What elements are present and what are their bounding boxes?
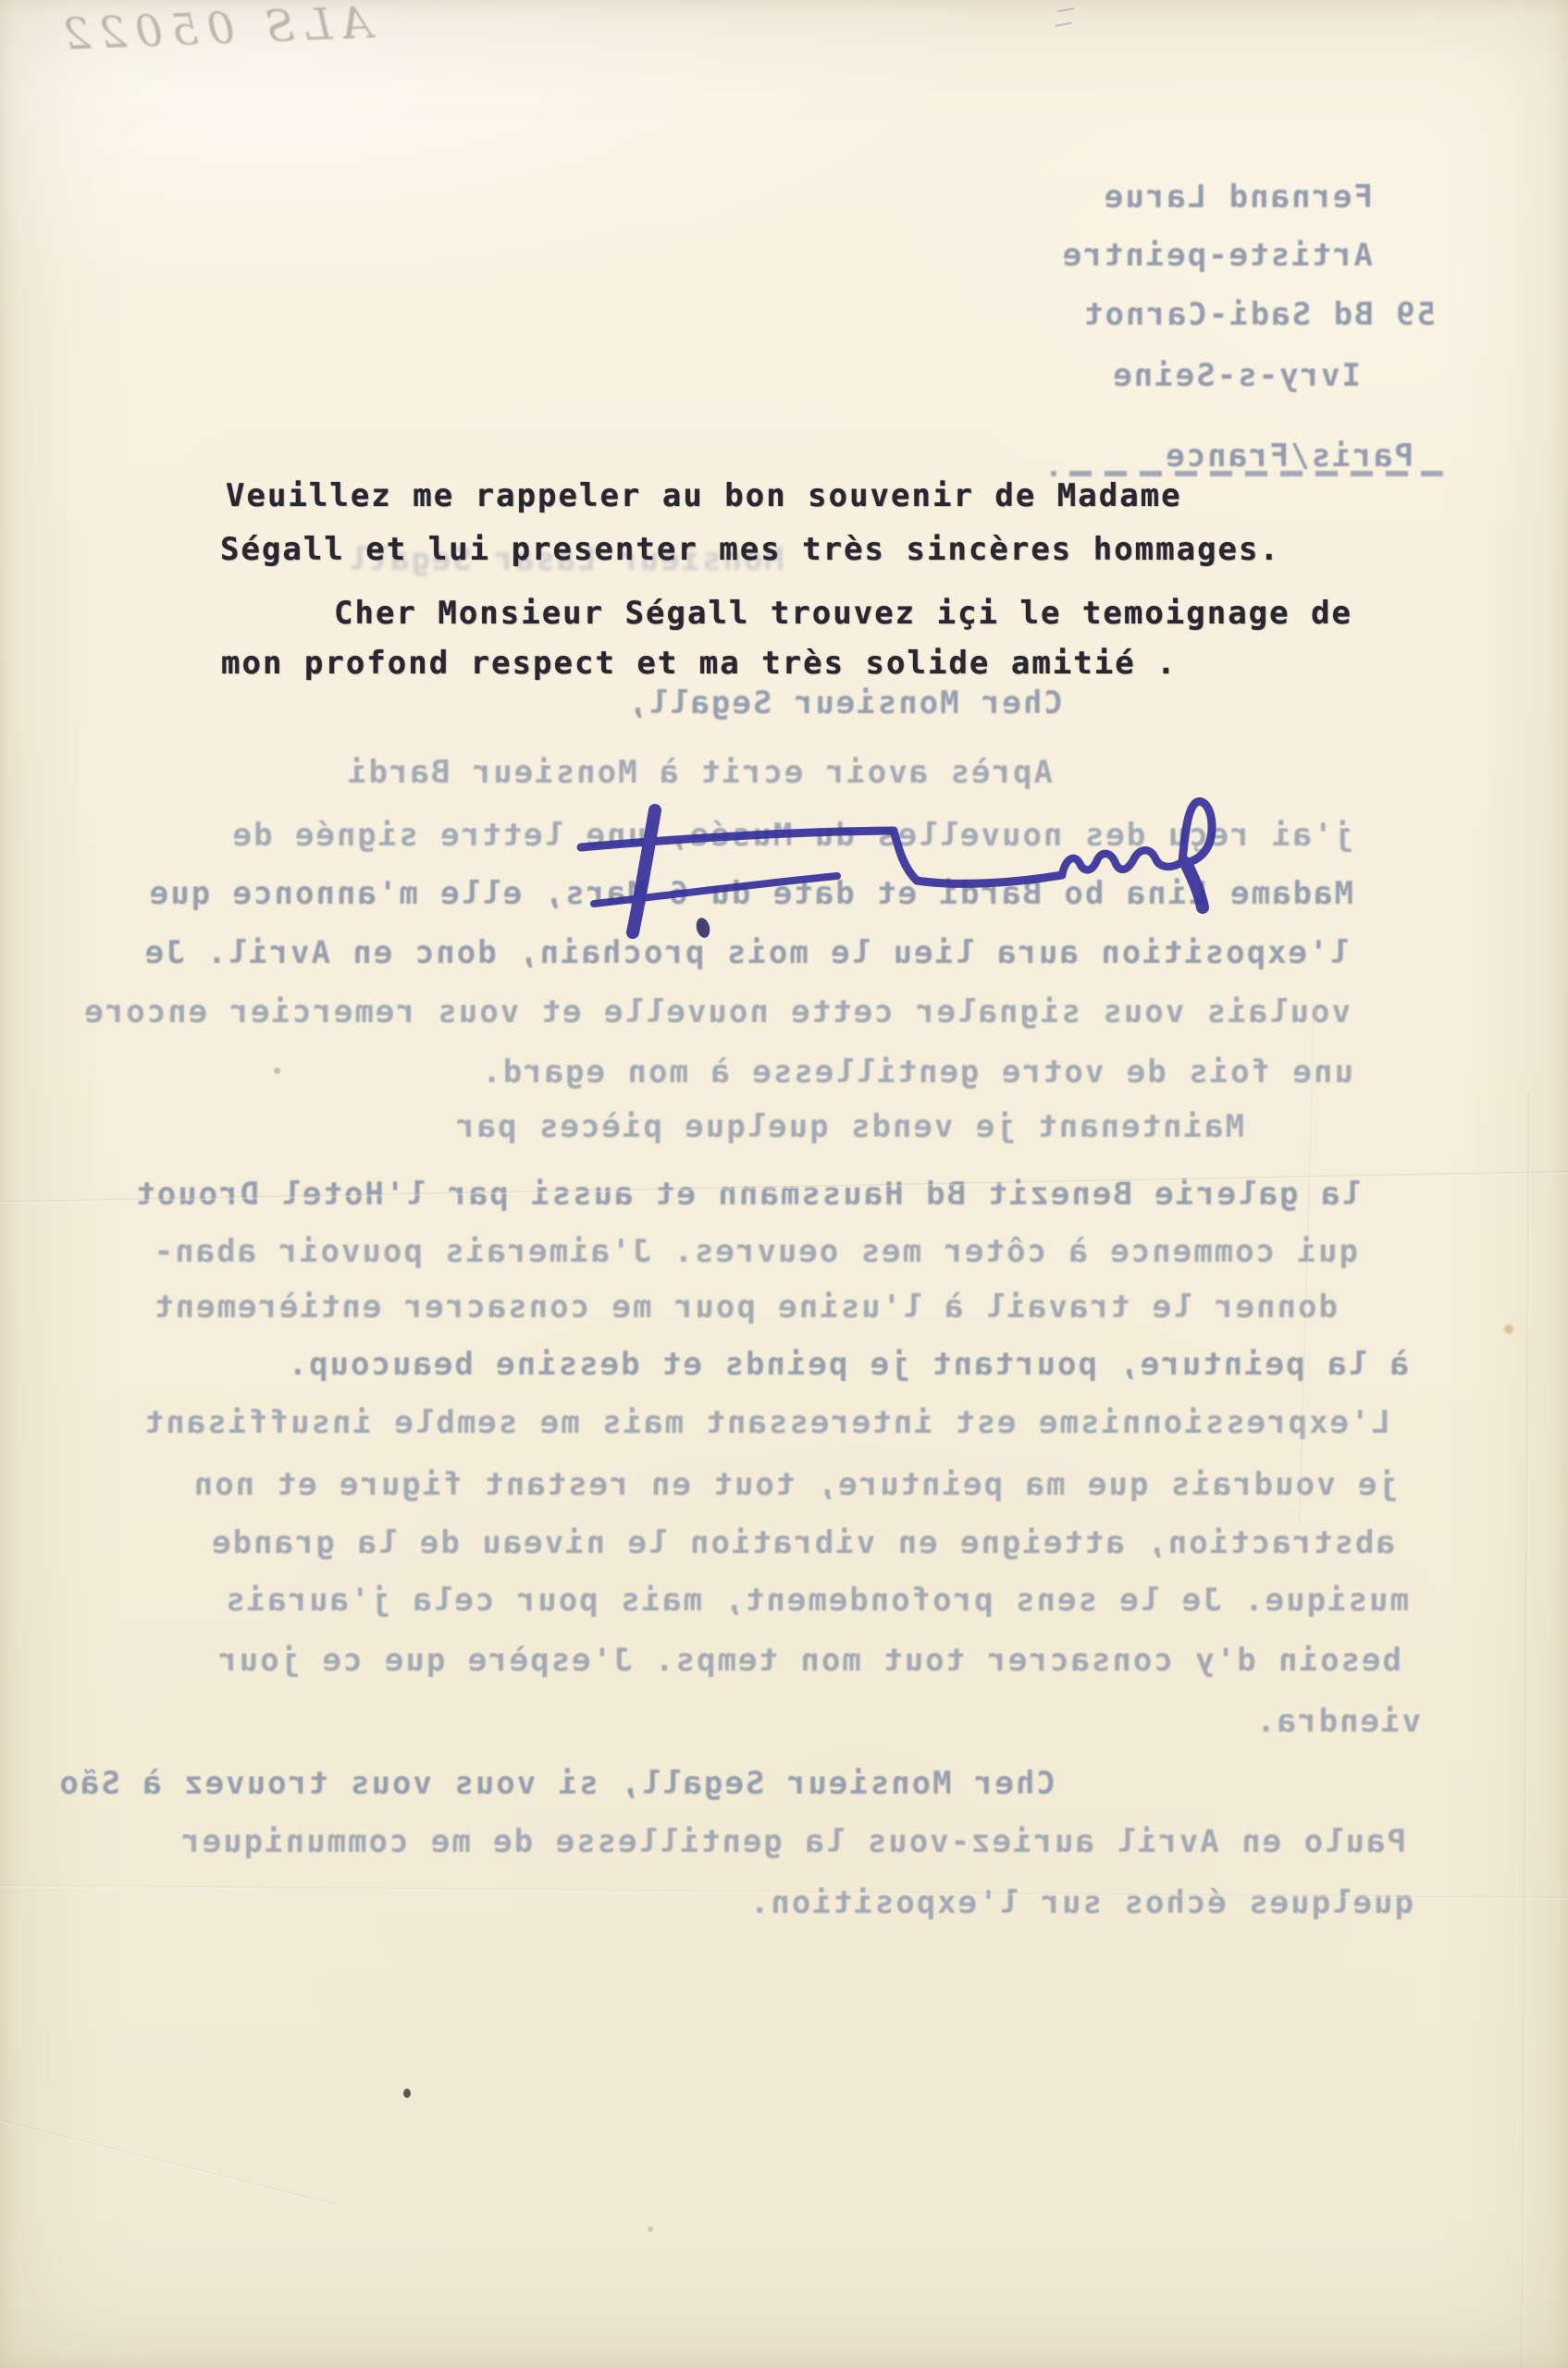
verso-sender-line: Paris/France bbox=[1164, 438, 1414, 475]
verso-bleedthrough-layer: ALS 05022 Fernand LarueArtiste-peintre59… bbox=[0, 0, 1568, 2368]
verso-typed-line: Maintenant je vends quelque pièces par bbox=[454, 1108, 1244, 1145]
verso-typed-line: qui commence à côter mes oeuvres. J'aime… bbox=[153, 1233, 1358, 1270]
signature-ink bbox=[555, 777, 1258, 971]
recto-typed-line: Ségall et lui presenter mes très sincère… bbox=[220, 531, 1280, 568]
verso-typed-line: viendra. bbox=[1254, 1703, 1421, 1740]
letter-scan-page: ALS 05022 Fernand LarueArtiste-peintre59… bbox=[0, 0, 1568, 2368]
verso-sender-line: Ivry-s-Seine bbox=[1111, 357, 1361, 394]
recto-typed-line: Veuillez me rappeler au bon souvenir de … bbox=[226, 477, 1182, 514]
stain-spot bbox=[1504, 1325, 1513, 1334]
verso-sender-line: 59 Bd Sadi-Carnot bbox=[1082, 296, 1436, 333]
recto-typed-line: mon profond respect et ma très solide am… bbox=[221, 645, 1178, 682]
verso-typed-line: je voudrais que ma peinture, tout en res… bbox=[192, 1466, 1398, 1503]
verso-typed-line: à la peinture, pourtant je peinds et des… bbox=[287, 1346, 1409, 1383]
pencil-inventory-number: ALS 05022 bbox=[54, 0, 373, 61]
verso-typed-line: Cher Monsieur Segall, bbox=[626, 684, 1063, 721]
ink-speck bbox=[403, 2089, 411, 2098]
paper-speck bbox=[274, 1067, 280, 1074]
verso-typed-line: la galerie Benezit Bd Haussmann et aussi… bbox=[134, 1176, 1361, 1213]
paper-speck bbox=[648, 2226, 653, 2232]
verso-typed-line: L'expressionnisme est interessant mais m… bbox=[143, 1404, 1390, 1441]
dashed-underline bbox=[1051, 471, 1443, 476]
verso-sender-line: Artiste-peintre bbox=[1061, 237, 1373, 274]
recto-typed-line: Cher Monsieur Ségall trouvez içi le temo… bbox=[334, 595, 1352, 632]
verso-typed-line: besoin d'y consacrer tout mon temps. J'e… bbox=[216, 1642, 1401, 1679]
verso-typed-line: abstraction, atteigne en vibration le ni… bbox=[210, 1524, 1395, 1561]
verso-sender-line: Fernand Larue bbox=[1103, 179, 1373, 216]
verso-typed-line: donner le travail à l'usine pour me cons… bbox=[153, 1289, 1338, 1326]
verso-typed-line: musique. Je le sens profondement, mais p… bbox=[224, 1582, 1409, 1619]
verso-typed-line: quelques échos sur l'exposition. bbox=[748, 1884, 1414, 1921]
verso-typed-line: Cher Monsieur Segall, si vous vous trouv… bbox=[57, 1765, 1056, 1802]
verso-typed-line: voulais vous signaler cette nouvelle et … bbox=[82, 993, 1351, 1030]
verso-typed-line: Paulo en Avril auriez-vous la gentilless… bbox=[179, 1823, 1406, 1860]
verso-typed-line: une fois de votre gentillesse à mon egar… bbox=[480, 1054, 1353, 1091]
